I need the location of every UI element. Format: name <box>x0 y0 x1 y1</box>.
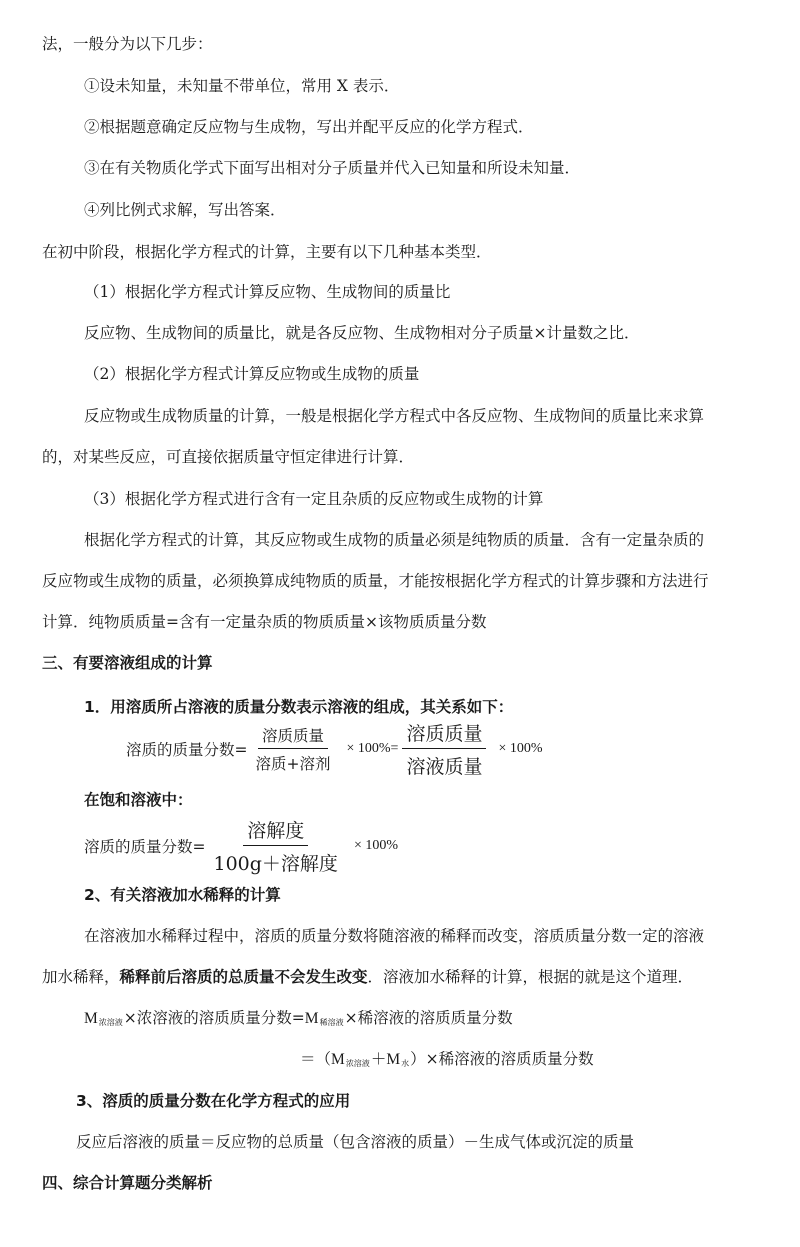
step-4: ④列比例式求解，写出答案． <box>84 200 286 220</box>
times-100-percent: × 100% <box>354 838 398 854</box>
section-4-heading: 四、综合计算题分类解析 <box>42 1173 213 1193</box>
numerator: 溶质质量 <box>402 719 486 749</box>
mass-symbol: M <box>386 1051 400 1068</box>
subsection-1-heading: 1．用溶质所占溶液的质量分数表示溶液的组成，其关系如下： <box>84 697 513 717</box>
paragraph-basic-types: 在初中阶段，根据化学方程式的计算，主要有以下几种基本类型． <box>42 242 492 262</box>
dilution-equation-2: ＝（M浓溶液＋M水）×稀溶液的溶质质量分数 <box>300 1049 594 1074</box>
denominator: 溶质+溶剂 <box>252 749 335 774</box>
type-3-text-line1: 根据化学方程式的计算，其反应物或生成物的质量必须是纯物质的质量．含有一定量杂质的 <box>84 530 704 550</box>
step-3: ③在有关物质化学式下面写出相对分子质量并代入已知量和所设未知量． <box>84 158 580 178</box>
type-3-heading: （3）根据化学方程式进行含有一定且杂质的反应物或生成物的计算 <box>84 489 543 509</box>
type-3-text-line2: 反应物或生成物的质量，必须换算成纯物质的质量，才能按根据化学方程式的计算步骤和方… <box>42 571 709 591</box>
denominator: 100g＋溶解度 <box>210 846 342 876</box>
numerator: 溶质质量 <box>258 724 328 749</box>
text: 加水稀释， <box>42 968 120 986</box>
text: ）×稀溶液的溶质质量分数 <box>410 1050 594 1068</box>
section-3-heading: 三、有要溶液组成的计算 <box>42 653 213 673</box>
paragraph-steps-intro: 法，一般分为以下几步： <box>42 34 213 54</box>
dilution-equation-1: M浓溶液×浓溶液的溶质质量分数=M稀溶液×稀溶液的溶质质量分数 <box>84 1008 513 1033</box>
mass-symbol: M <box>84 1010 98 1027</box>
formula-lhs: 溶质的质量分数= <box>126 738 248 760</box>
times-100-percent: × 100% <box>498 741 542 757</box>
dilution-text-line2: 加水稀释，稀释前后溶质的总质量不会发生改变．溶液加水稀释的计算，根据的就是这个道… <box>42 967 693 987</box>
type-2-text-line1: 反应物或生成物质量的计算，一般是根据化学方程式中各反应物、生成物间的质量比来求算 <box>84 406 704 426</box>
type-3-text-line3: 计算．纯物质质量=含有一定量杂质的物质质量×该物质质量分数 <box>42 612 486 632</box>
subsection-3-heading: 3、溶质的质量分数在化学方程式的应用 <box>76 1091 350 1111</box>
dilution-text-line1: 在溶液加水稀释过程中，溶质的质量分数将随溶液的稀释而改变，溶质质量分数一定的溶液 <box>84 926 704 946</box>
saturated-mass-fraction-formula: 溶质的质量分数= 溶解度 100g＋溶解度 × 100% <box>84 820 398 872</box>
subscript: 稀溶液 <box>320 1018 344 1027</box>
text: ＋ <box>371 1050 387 1068</box>
type-1-text: 反应物、生成物间的质量比，就是各反应物、生成物相对分子质量×计量数之比． <box>84 323 640 343</box>
text: ×浓溶液的溶质质量分数= <box>124 1009 305 1027</box>
step-1: ①设未知量，未知量不带单位，常用 X 表示． <box>84 76 399 96</box>
fraction-solute-over-solution: 溶质质量 溶液质量 <box>402 719 486 779</box>
mass-fraction-formula: 溶质的质量分数= 溶质质量 溶质+溶剂 × 100%= 溶质质量 溶液质量 × … <box>126 724 543 774</box>
text: ．溶液加水稀释的计算，根据的就是这个道理． <box>368 968 694 986</box>
subscript: 水 <box>401 1059 409 1068</box>
text: ＝（ <box>300 1050 331 1068</box>
formula-lhs: 溶质的质量分数= <box>84 835 206 857</box>
step-2: ②根据题意确定反应物与生成物，写出并配平反应的化学方程式． <box>84 117 534 137</box>
fraction-solute-over-solute-plus-solvent: 溶质质量 溶质+溶剂 <box>252 724 335 774</box>
denominator: 溶液质量 <box>402 749 486 779</box>
subsection-2-heading: 2、有关溶液加水稀释的计算 <box>84 885 281 905</box>
emphasis-text: 稀释前后溶质的总质量不会发生改变 <box>120 968 368 986</box>
subscript: 浓溶液 <box>99 1018 123 1027</box>
mass-symbol: M <box>331 1051 345 1068</box>
reaction-solution-mass-equation: 反应后溶液的质量＝反应物的总质量（包含溶液的质量）－生成气体或沉淀的质量 <box>76 1132 634 1152</box>
type-2-heading: （2）根据化学方程式计算反应物或生成物的质量 <box>84 364 419 384</box>
text: ×稀溶液的溶质质量分数 <box>345 1009 513 1027</box>
subscript: 浓溶液 <box>346 1059 370 1068</box>
mass-symbol: M <box>305 1010 319 1027</box>
saturated-solution-label: 在饱和溶液中： <box>84 790 193 810</box>
times-100-percent: × 100%= <box>347 741 399 757</box>
type-1-heading: （1）根据化学方程式计算反应物、生成物间的质量比 <box>84 282 450 302</box>
fraction-solubility: 溶解度 100g＋溶解度 <box>210 816 342 876</box>
numerator: 溶解度 <box>243 816 308 846</box>
type-2-text-line2: 的，对某些反应，可直接依据质量守恒定律进行计算． <box>42 447 414 467</box>
